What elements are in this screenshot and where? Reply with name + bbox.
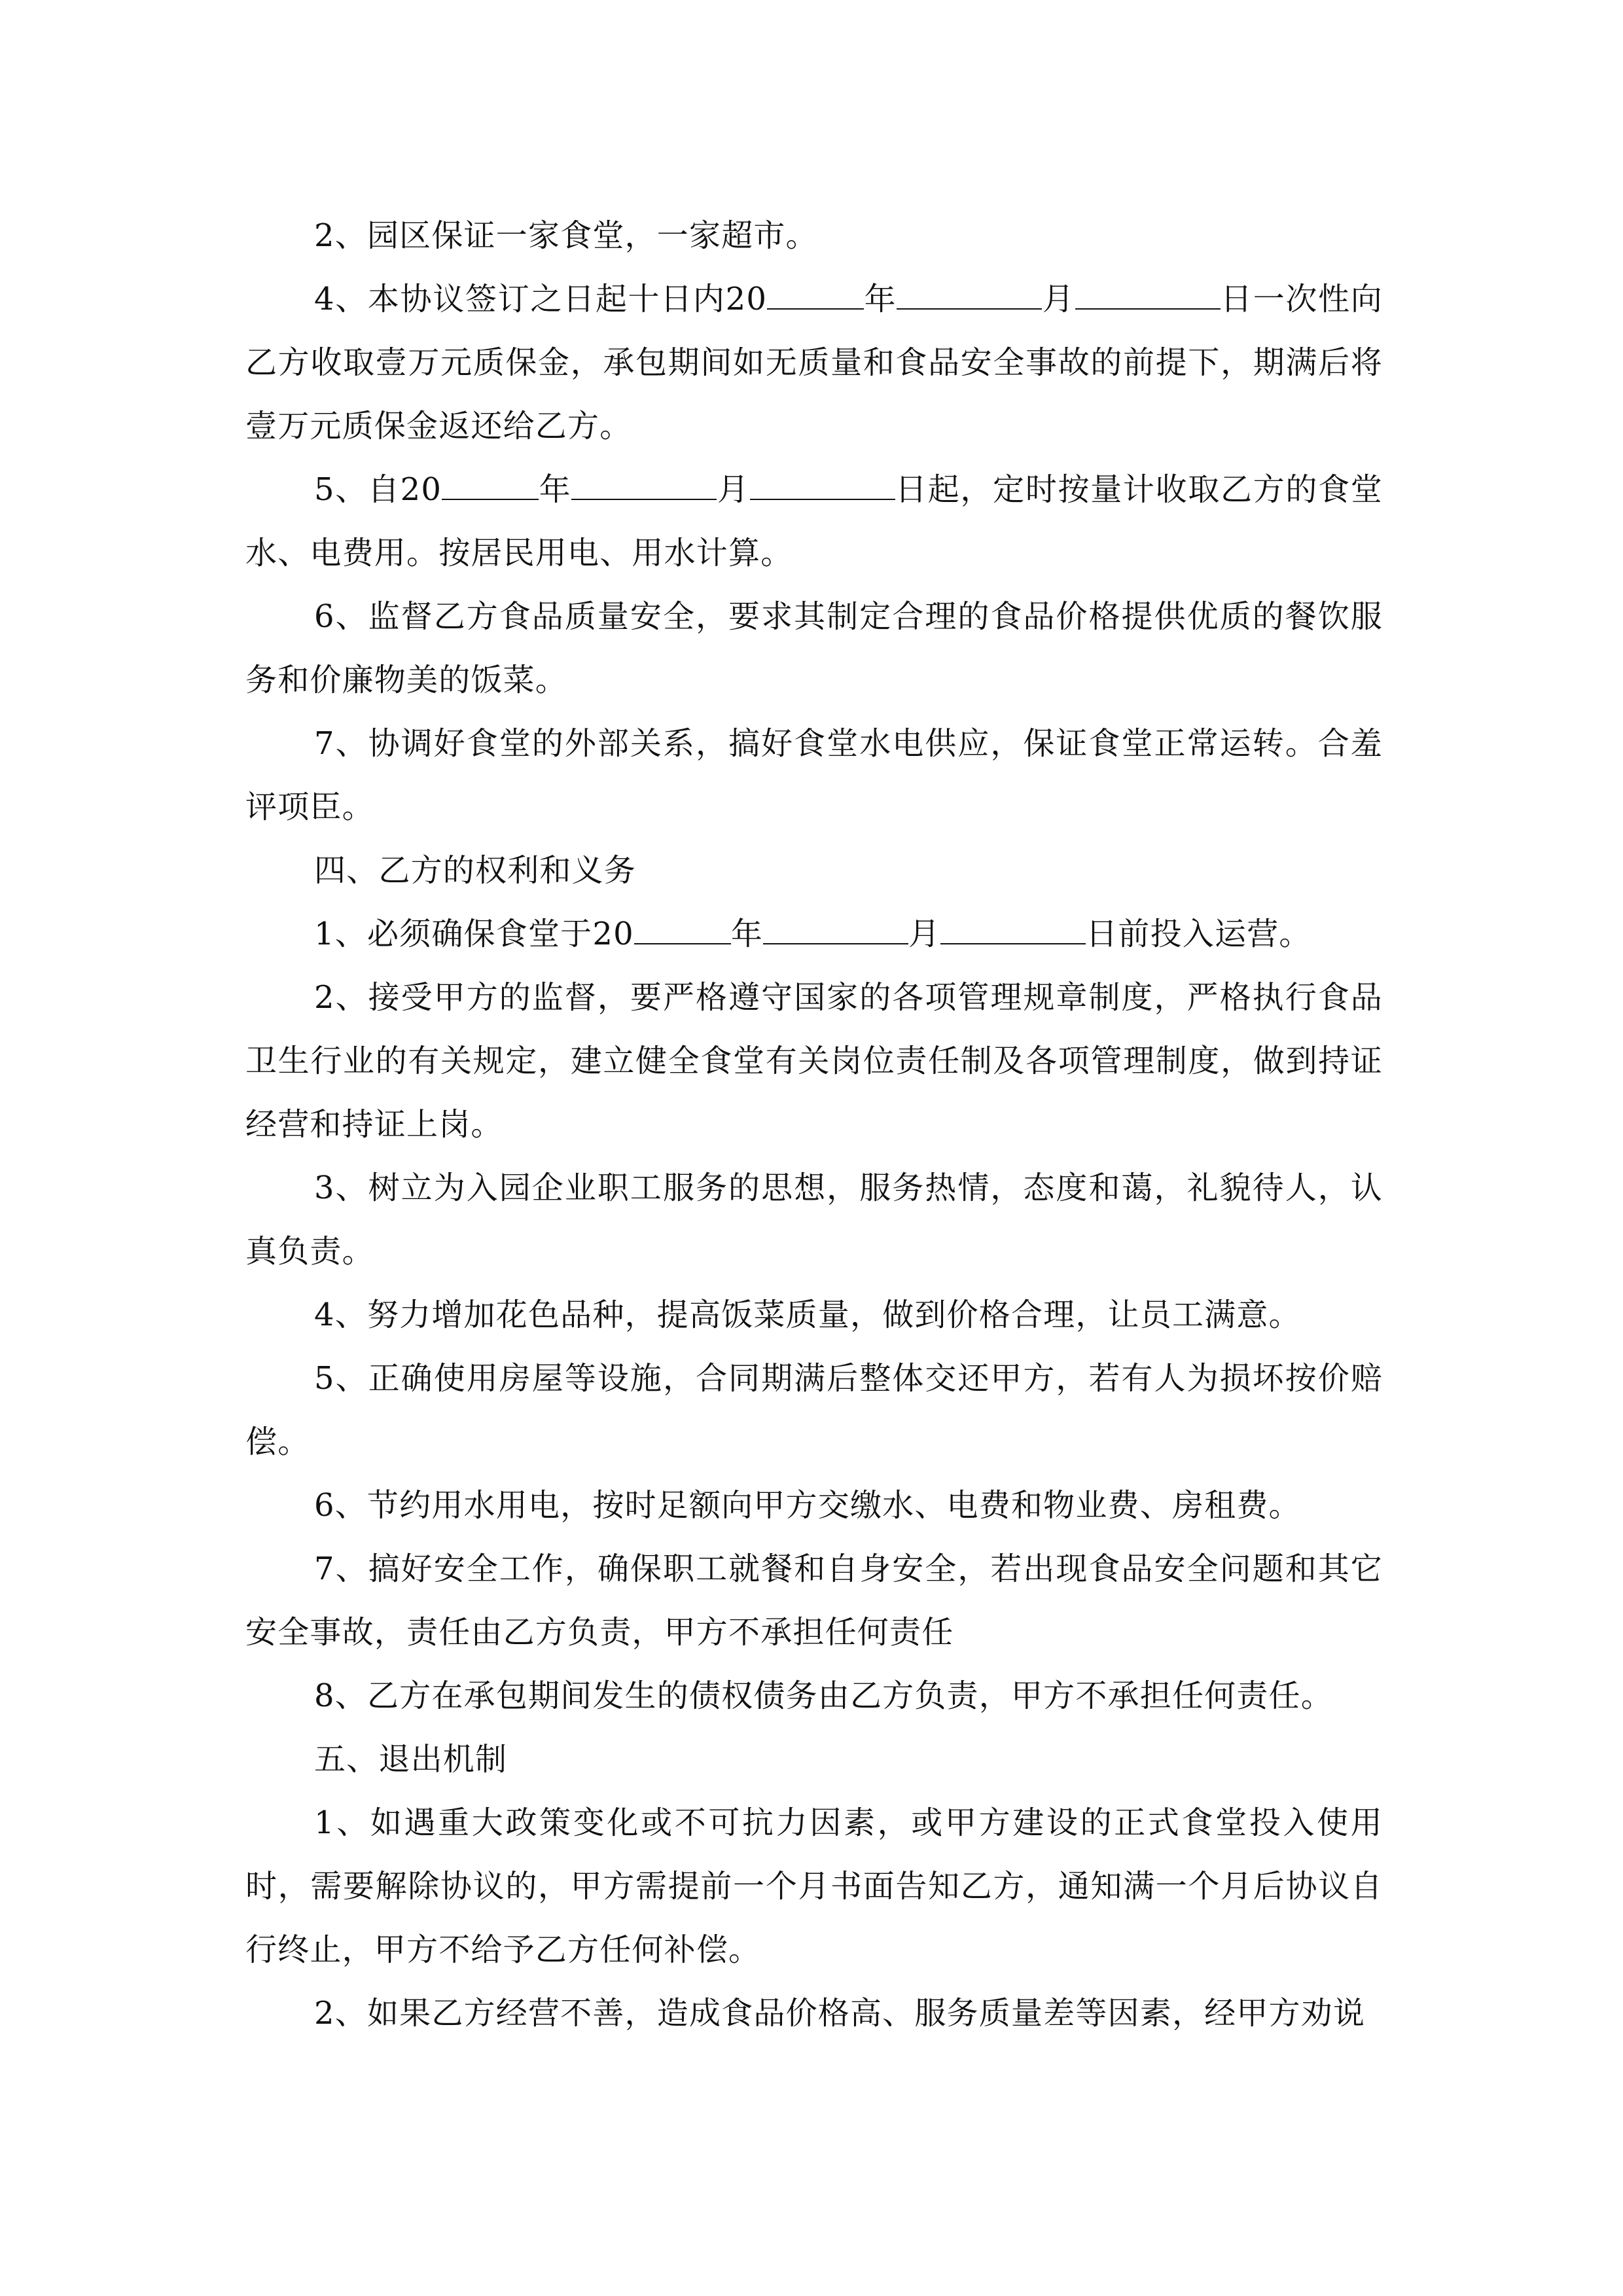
clause-debts: 8、乙方在承包期间发生的债权债务由乙方负责，甲方不承担任何责任。	[245, 1664, 1383, 1728]
year-label: 年	[864, 281, 897, 317]
section-heading-party-b-rights: 四、乙方的权利和义务	[245, 839, 1383, 903]
clause-utilities: 5、自20年月日起，定时按量计收取乙方的食堂水、电费用。按居民用电、用水计算。	[245, 458, 1383, 585]
clause-start-operation-suffix: 日前投入运营。	[1086, 916, 1311, 952]
clause-poor-management: 2、如果乙方经营不善，造成食品价格高、服务质量差等因素，经甲方劝说	[245, 1982, 1383, 2045]
section-heading-exit-mechanism: 五、退出机制	[245, 1728, 1383, 1791]
clause-accept-supervision: 2、接受甲方的监督，要严格遵守国家的各项管理规章制度，严格执行食品卫生行业的有关…	[245, 966, 1383, 1157]
month-label: 月	[1042, 281, 1075, 317]
month-label: 月	[717, 471, 749, 508]
clause-service-attitude: 3、树立为入园企业职工服务的思想，服务热情，态度和蔼，礼貌待人，认真负责。	[245, 1157, 1383, 1283]
clause-deposit: 4、本协议签订之日起十日内20年月日一次性向乙方收取壹万元质保金，承包期间如无质…	[245, 268, 1383, 458]
clause-safety: 7、搞好安全工作，确保职工就餐和自身安全，若出现食品安全问题和其它安全事故，责任…	[245, 1537, 1383, 1664]
clause-start-operation: 1、必须确保食堂于20年月日前投入运营。	[245, 903, 1383, 966]
month-blank	[571, 473, 717, 500]
clause-use-facilities: 5、正确使用房屋等设施，合同期满后整体交还甲方，若有人为损坏按价赔偿。	[245, 1347, 1383, 1474]
clause-park-canteen-supermarket: 2、园区保证一家食堂，一家超市。	[245, 204, 1383, 268]
document-page: 2、园区保证一家食堂，一家超市。 4、本协议签订之日起十日内20年月日一次性向乙…	[245, 204, 1383, 2045]
clause-improve-variety: 4、努力增加花色品种，提高饭菜质量，做到价格合理，让员工满意。	[245, 1283, 1383, 1347]
clause-save-utilities: 6、节约用水用电，按时足额向甲方交缴水、电费和物业费、房租费。	[245, 1474, 1383, 1537]
clause-start-operation-prefix: 1、必须确保食堂于20	[314, 916, 634, 952]
day-blank	[940, 917, 1086, 944]
month-label: 月	[908, 916, 940, 952]
year-label: 年	[731, 916, 763, 952]
year-blank	[634, 917, 731, 944]
clause-utilities-prefix: 5、自20	[314, 471, 442, 508]
day-blank	[750, 473, 895, 500]
clause-termination-policy: 1、如遇重大政策变化或不可抗力因素，或甲方建设的正式食堂投入使用时，需要解除协议…	[245, 1791, 1383, 1982]
clause-supervise-quality: 6、监督乙方食品质量安全，要求其制定合理的食品价格提供优质的餐饮服务和价廉物美的…	[245, 585, 1383, 712]
day-blank	[1075, 282, 1221, 310]
month-blank	[897, 282, 1042, 310]
year-blank	[442, 473, 539, 500]
month-blank	[763, 917, 908, 944]
clause-coordinate-relations: 7、协调好食堂的外部关系，搞好食堂水电供应，保证食堂正常运转。合羞评项臣。	[245, 712, 1383, 839]
year-blank	[767, 282, 864, 310]
clause-deposit-prefix: 4、本协议签订之日起十日内20	[314, 281, 767, 317]
year-label: 年	[539, 471, 571, 508]
